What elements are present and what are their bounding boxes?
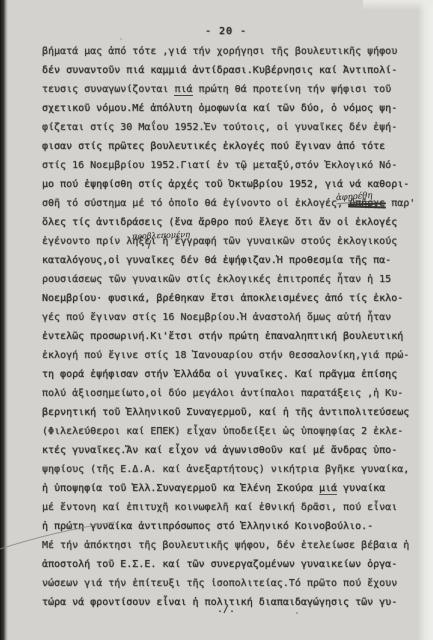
text-line: φίζεται στίς 30 Μαΐου 1952.Ἐν τούτοις, ο… — [42, 118, 418, 137]
pencil-underlined-word: μιά — [319, 483, 337, 495]
text-line: κτές γυναῖκες.Ἄν καί εἶχον νά ἀγωνισθοῦν… — [42, 441, 418, 460]
ink-speck — [120, 38, 122, 40]
text-line: βήματά μας ἀπό τότε ,γιά τήν χορήγησι τῆ… — [42, 42, 418, 61]
underlined-word: πιά — [174, 84, 192, 96]
text-line: ἐντελῶς προσωρινή.Κι'ἔτσι στήν πρώτη ἐπα… — [42, 327, 418, 346]
scan-edge-top-right — [363, 0, 433, 10]
continuation-mark: ./. — [42, 604, 410, 615]
text-segment: πρώτη θά προτείνη τήν ψήφισι τοῦ — [193, 84, 392, 95]
text-line: φισαν στίς πρῶτες βουλευτικές ἐκλογές πο… — [42, 137, 418, 156]
text-line: καταλόγους,οἱ γυναῖκες δέν θά ἐψήφιζαν.Ἡ… — [42, 251, 418, 270]
text-line: ἐκλογή πού ἔγινε στίς 18 Ἰανουαρίου στήν… — [42, 346, 418, 365]
text-segment: ἡ ὑποψηφία τοῦ Ἑλλ.Συναγερμοῦ κα Ἑλένη Σ… — [42, 483, 319, 494]
text-line: ρουσιάσεως τῶν γυναικῶν στίς ἐκλογικές ἐ… — [42, 270, 418, 289]
text-line: σχετικοῦ νόμου.Μέ ἀπόλυτη ὁμοφωνία καί τ… — [42, 99, 418, 118]
text-segment: γυναίκα — [337, 483, 385, 494]
typewritten-text-block: βήματά μας ἀπό τότε ,γιά τήν χορήγησι τῆ… — [42, 42, 418, 612]
text-segment: σθῆ τό σύστημα μέ τό ὁποῖο θά ἐγίνοντο ο… — [42, 198, 349, 209]
text-line: δέν συναντοῦν πιά καμμιά ἀντίδρασι.Κυβέρ… — [42, 61, 418, 80]
text-line: ἀποστολή τοῦ Ε.Σ.Ε. καί τῶν συνεργαζομέν… — [42, 555, 418, 574]
text-line: ὅλες τίς ἀντιδράσεις (ἕνα ἄρθρο πού ἔλεγ… — [42, 213, 418, 232]
page-number: - 20 - — [42, 26, 410, 37]
ink-speck — [296, 612, 298, 614]
text-line: ψηφίους (τῆς Ε.Δ.Α. καί ἀνεξαρτήτους) νι… — [42, 460, 418, 479]
text-line: Νοεμβρίου· φυσικά, βρέθηκαν ἔτσι ἀποκλει… — [42, 289, 418, 308]
text-line: βερνητική τοῦ Ἑλληνικοῦ Συναγερμοῦ, καί … — [42, 403, 418, 422]
text-line: (Φιλελεύθεροι καί ΕΠΕΚ) εἶχαν ὑποδείξει … — [42, 422, 418, 441]
text-line: γές πού ἔγιναν στίς 16 Νοεμβρίου.Ἡ ἀναστ… — [42, 308, 418, 327]
text-line: τη φορά ἐψήφισαν στήν Ἑλλάδα οἱ γυναῖκες… — [42, 365, 418, 384]
text-line: ἡ ὑποψηφία τοῦ Ἑλλ.Συναγερμοῦ κα Ἑλένη Σ… — [42, 479, 418, 498]
text-line: ἐγένοντο πρίν λήξει ἡ ἐγγραφή τῶν γυναικ… — [42, 232, 418, 251]
text-line: νώσεων γιά τήν ἐπίτευξι τῆς ἰσοπολιτείας… — [42, 574, 418, 593]
text-segment: τευσις συναγωνίζονται — [42, 84, 174, 95]
scan-edge-right — [418, 0, 433, 640]
scanned-page: - 20 - βήματά μας ἀπό τότε ,γιά τήν χορή… — [0, 0, 433, 640]
text-line: ἡ πρώτη γυναίκα ἀντιπρόσωπος στό Ἑλληνικ… — [42, 517, 418, 536]
scan-edge-left — [0, 0, 8, 640]
text-line: στίς 16 Νοεμβρίου 1952.Γιατί ἐν τῷ μεταξ… — [42, 156, 418, 175]
text-line: πολύ ἀξιοσημείωτο,οἱ δύο μεγάλοι ἀντίπαλ… — [42, 384, 418, 403]
text-line: τευσις συναγωνίζονται πιά πρώτη θά προτε… — [42, 80, 418, 99]
text-segment: παρ' — [385, 198, 415, 209]
text-line: μέ ἔντονη καί ἐπιτυχῆ κοινωφελῆ καί ἐθνι… — [42, 498, 418, 517]
text-line: Μέ τήν ἀπόκτησι τῆς βουλευτικῆς ψήφου, δ… — [42, 536, 418, 555]
